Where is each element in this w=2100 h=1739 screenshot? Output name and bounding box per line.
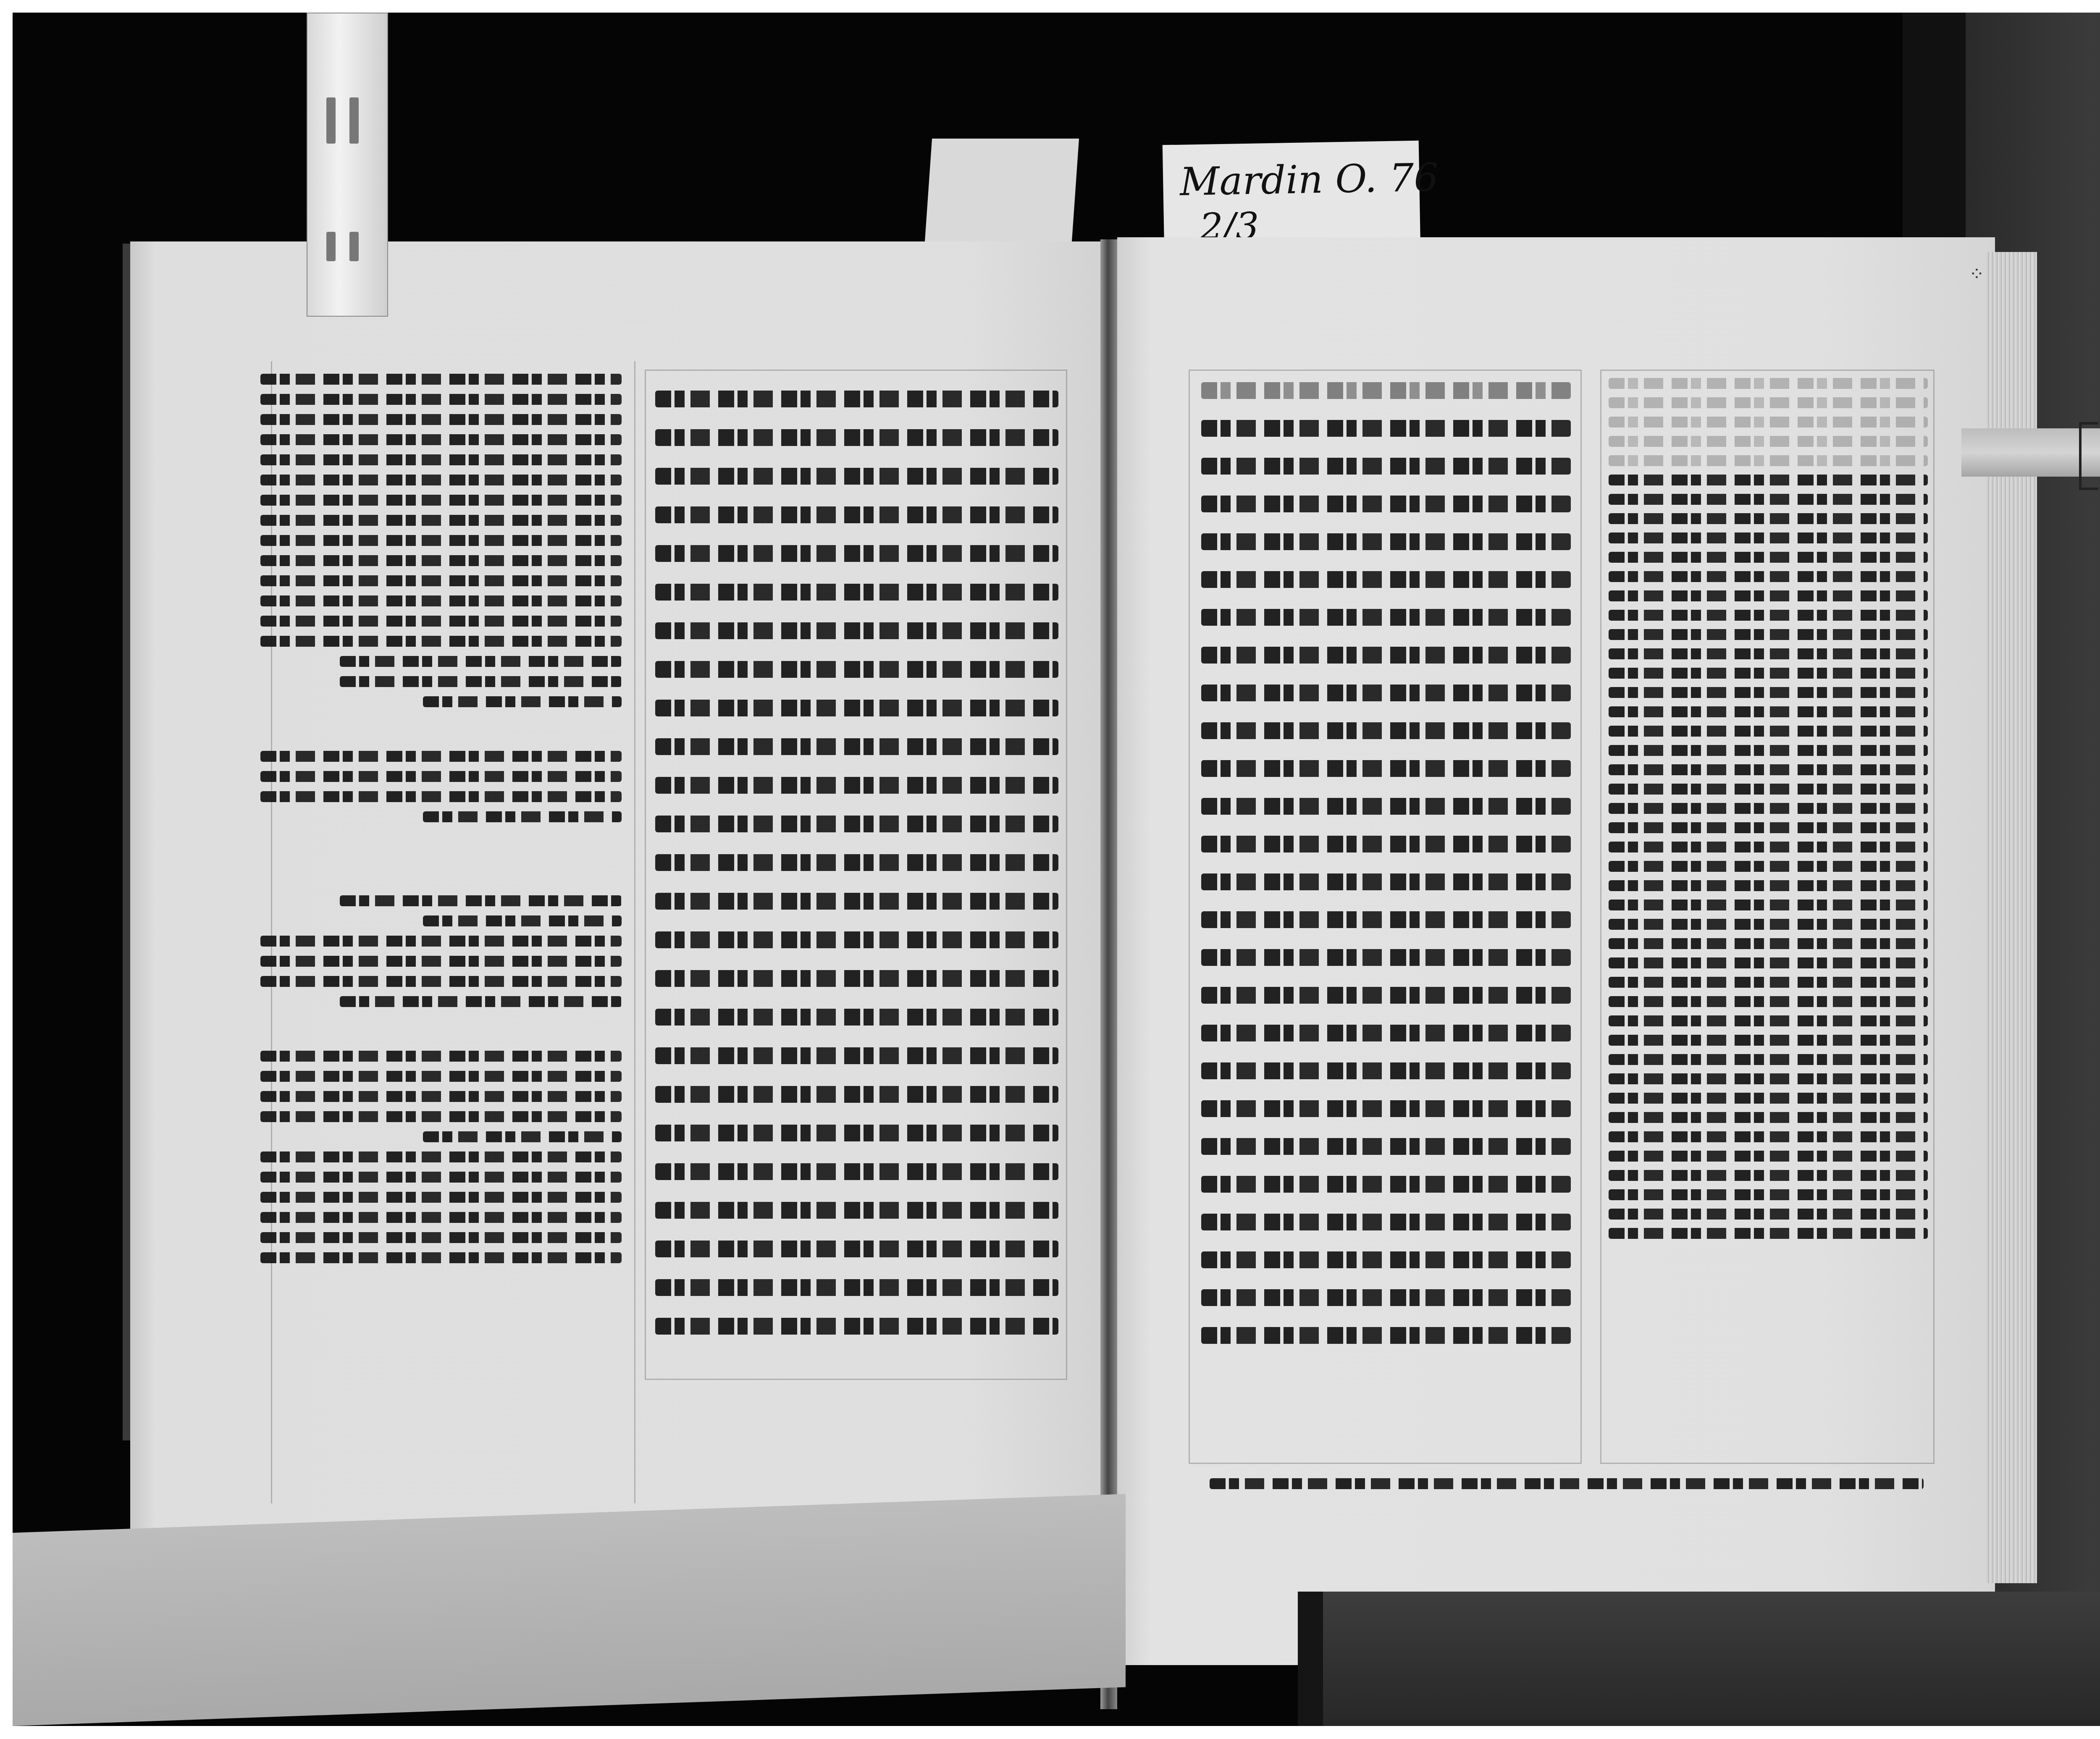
left-inner-column: [655, 391, 1058, 1335]
book-gutter: [1100, 239, 1117, 1709]
book-cover-right: [1298, 1592, 2100, 1726]
right-inner-column: [1201, 382, 1571, 1344]
clothespin-spring: [2079, 422, 2098, 490]
book-cover-right-edge: [1298, 1592, 1323, 1726]
ruling-line: [634, 361, 635, 1503]
right-outer-column: [1609, 378, 1928, 1239]
shelfmark-text: Mardin O. 76: [1179, 155, 1438, 205]
ornament-icon: ⁘: [1969, 264, 1984, 285]
rubric-heading: [1201, 382, 1571, 399]
closing-line: [1210, 1478, 1924, 1489]
book-cover-left: [13, 1494, 1126, 1726]
paper-tab: [924, 139, 1079, 248]
clothespin-left: [307, 13, 388, 317]
left-outer-column: [260, 374, 622, 1263]
photo-frame: Mardin O. 76 2/3 ⁘: [13, 13, 2100, 1726]
